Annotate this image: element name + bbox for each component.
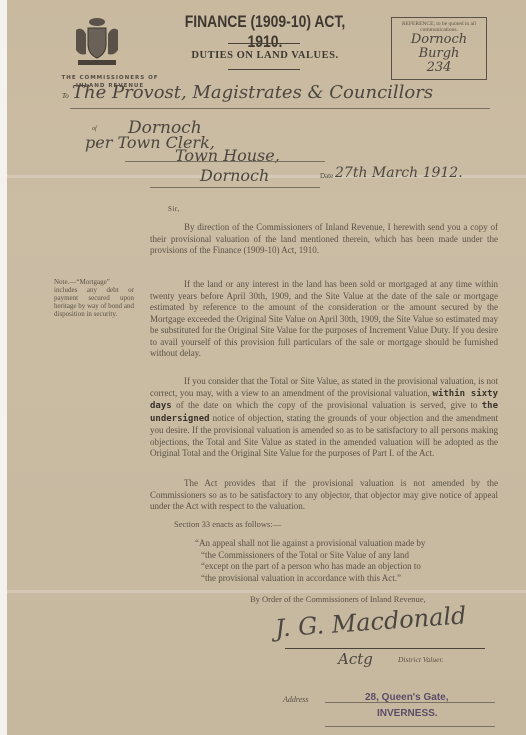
scan-edge — [0, 0, 7, 735]
paragraph-1-text: By direction of the Commissioners of Inl… — [150, 222, 498, 255]
address-stamp-line-2: INVERNESS. — [377, 708, 438, 719]
addressee-line-3: Town House, — [175, 146, 280, 165]
date-label: Date — [320, 172, 333, 180]
address-stamp-line-1: 28, Queen's Gate, — [365, 692, 449, 703]
paragraph-3: If you consider that the Total or Site V… — [150, 376, 498, 460]
paragraph-1: By direction of the Commissioners of Inl… — [150, 222, 498, 257]
salutation: Sir, — [168, 205, 180, 213]
royal-coat-of-arms-icon — [70, 16, 124, 68]
divider — [228, 43, 300, 44]
address-label: Address — [283, 695, 308, 704]
addressee-name: The Provost, Magistrates & Councillors — [72, 82, 433, 103]
quote-line: “An appeal shall not lie against a provi… — [195, 538, 495, 550]
reference-box: REFERENCE; to be quoted in all communica… — [391, 17, 487, 80]
margin-note: Note.—“Mortgage” includes any debt or pa… — [54, 278, 134, 318]
divider — [228, 69, 300, 70]
act-title: FINANCE (1909-10) ACT, 1910. — [171, 12, 360, 52]
document-subtitle: DUTIES ON LAND VALUES. — [170, 50, 360, 61]
addressee-line-4: Dornoch — [200, 166, 269, 185]
signatory-title: District Valuer. — [398, 655, 443, 664]
section-33-quote: “An appeal shall not lie against a provi… — [195, 538, 495, 584]
signature-suffix: Actg — [338, 650, 373, 668]
paragraph-2: If the land or any interest in the land … — [150, 279, 498, 360]
of-label: of — [92, 126, 97, 132]
section-intro: Section 33 enacts as follows:— — [174, 519, 281, 529]
fold-crease — [7, 590, 526, 593]
underline — [125, 161, 325, 162]
reference-line-1: Dornoch — [392, 33, 486, 47]
date-value: 27th March 1912. — [335, 165, 463, 181]
paragraph-2-text: If the land or any interest in the land … — [150, 279, 498, 358]
to-label: To — [62, 92, 69, 100]
paragraph-3-text: of the date on which the copy of the pro… — [176, 400, 477, 410]
signature-underline — [285, 648, 485, 649]
reference-line-2: Burgh — [392, 47, 486, 61]
paragraph-4: The Act provides that if the provisional… — [150, 478, 498, 513]
paragraph-4-text: The Act provides that if the provisional… — [150, 478, 498, 511]
issuer-line-1: THE COMMISSIONERS OF — [40, 74, 180, 82]
reference-number: 234 — [392, 61, 486, 75]
quote-line: “the provisional valuation in accordance… — [195, 573, 495, 585]
underline — [70, 108, 490, 109]
by-order-line: By Order of the Commissioners of Inland … — [250, 594, 426, 604]
quote-line: “except on the part of a person who has … — [195, 561, 495, 573]
quote-line: “the Commissioners of the Total or Site … — [195, 550, 495, 562]
underline — [150, 187, 320, 188]
underline — [325, 726, 495, 727]
